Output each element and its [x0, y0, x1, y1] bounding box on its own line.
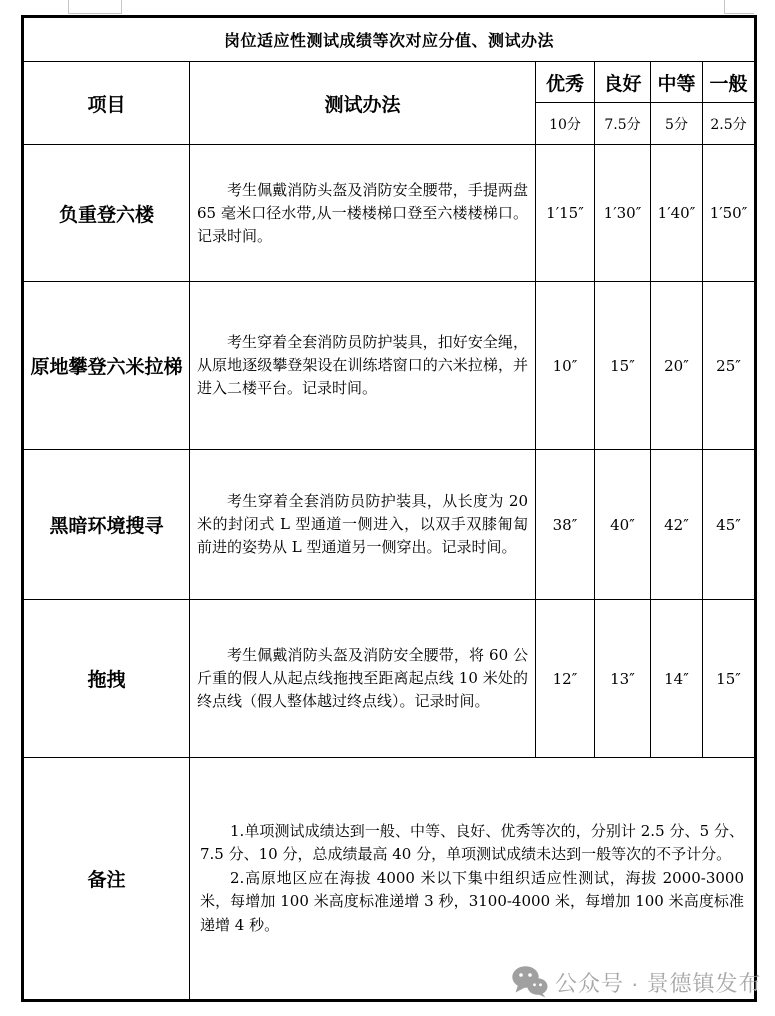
row-item-label: 拖拽 — [23, 600, 190, 758]
row-value: 1′40″ — [651, 145, 703, 282]
method-paragraph: 考生穿着全套消防员防护装具，扣好安全绳，从原地逐级攀登架设在训练塔窗口的六米拉梯… — [197, 331, 528, 400]
table-row: 原地攀登六米拉梯 考生穿着全套消防员防护装具，扣好安全绳，从原地逐级攀登架设在训… — [23, 282, 756, 450]
watermark-text: 公众号 · 景德镇发布 — [555, 967, 762, 998]
wechat-icon — [512, 966, 548, 998]
grade-score-good: 7.5分 — [595, 103, 651, 145]
row-value: 45″ — [703, 450, 756, 600]
table-row: 拖拽 考生佩戴消防头盔及消防安全腰带，将 60 公斤重的假人从起点线拖拽至距离起… — [23, 600, 756, 758]
row-method-text: 考生穿着全套消防员防护装具，从长度为 20 米的封闭式 L 型通道一侧进入，以双… — [190, 450, 536, 600]
method-paragraph: 考生佩戴消防头盔及消防安全腰带，将 60 公斤重的假人从起点线拖拽至距离起点线 … — [197, 644, 528, 713]
grade-header-medium: 中等 — [651, 62, 703, 103]
row-value: 25″ — [703, 282, 756, 450]
row-method-text: 考生佩戴消防头盔及消防安全腰带，手提两盘 65 毫米口径水带,从一楼楼梯口登至六… — [190, 145, 536, 282]
row-value: 42″ — [651, 450, 703, 600]
page-title: 岗位适应性测试成绩等次对应分值、测试办法 — [23, 17, 756, 62]
remark-paragraph: 1.单项测试成绩达到一般、中等、良好、优秀等次的，分别计 2.5 分、5 分、7… — [200, 820, 744, 867]
row-value: 10″ — [536, 282, 595, 450]
row-method-text: 考生穿着全套消防员防护装具，扣好安全绳，从原地逐级攀登架设在训练塔窗口的六米拉梯… — [190, 282, 536, 450]
method-paragraph: 考生穿着全套消防员防护装具，从长度为 20 米的封闭式 L 型通道一侧进入，以双… — [197, 490, 528, 559]
row-value: 20″ — [651, 282, 703, 450]
table-row: 黑暗环境搜寻 考生穿着全套消防员防护装具，从长度为 20 米的封闭式 L 型通道… — [23, 450, 756, 600]
grade-score-medium: 5分 — [651, 103, 703, 145]
table-header-row: 项目 测试办法 优秀 良好 中等 一般 — [23, 62, 756, 103]
table-row: 负重登六楼 考生佩戴消防头盔及消防安全腰带，手提两盘 65 毫米口径水带,从一楼… — [23, 145, 756, 282]
table-title-row: 岗位适应性测试成绩等次对应分值、测试办法 — [23, 17, 756, 62]
row-item-label: 黑暗环境搜寻 — [23, 450, 190, 600]
row-value: 1′30″ — [595, 145, 651, 282]
row-method-text: 考生佩戴消防头盔及消防安全腰带，将 60 公斤重的假人从起点线拖拽至距离起点线 … — [190, 600, 536, 758]
remark-paragraph: 2.高原地区应在海拔 4000 米以下集中组织适应性测试，海拔 2000-300… — [200, 867, 744, 938]
col-header-item: 项目 — [23, 62, 190, 145]
grade-score-general: 2.5分 — [703, 103, 756, 145]
row-value: 1′50″ — [703, 145, 756, 282]
method-paragraph: 考生佩戴消防头盔及消防安全腰带，手提两盘 65 毫米口径水带,从一楼楼梯口登至六… — [197, 179, 528, 248]
grade-header-excellent: 优秀 — [536, 62, 595, 103]
row-value: 38″ — [536, 450, 595, 600]
row-value: 40″ — [595, 450, 651, 600]
row-value: 14″ — [651, 600, 703, 758]
grade-score-excellent: 10分 — [536, 103, 595, 145]
grade-header-general: 一般 — [703, 62, 756, 103]
document-page: { "title": "岗位适应性测试成绩等次对应分值、测试办法", "head… — [0, 0, 775, 1016]
row-value: 13″ — [595, 600, 651, 758]
row-item-label: 原地攀登六米拉梯 — [23, 282, 190, 450]
row-value: 15″ — [703, 600, 756, 758]
remark-label: 备注 — [23, 758, 190, 1001]
test-methods-table: 岗位适应性测试成绩等次对应分值、测试办法 项目 测试办法 优秀 良好 中等 一般… — [21, 15, 757, 1002]
cutoff-gridline-right — [724, 0, 754, 14]
row-value: 15″ — [595, 282, 651, 450]
cutoff-gridline-left — [68, 0, 122, 14]
row-item-label: 负重登六楼 — [23, 145, 190, 282]
row-value: 1′15″ — [536, 145, 595, 282]
grade-header-good: 良好 — [595, 62, 651, 103]
row-value: 12″ — [536, 600, 595, 758]
col-header-method: 测试办法 — [190, 62, 536, 145]
watermark: 公众号 · 景德镇发布 — [512, 964, 762, 1000]
